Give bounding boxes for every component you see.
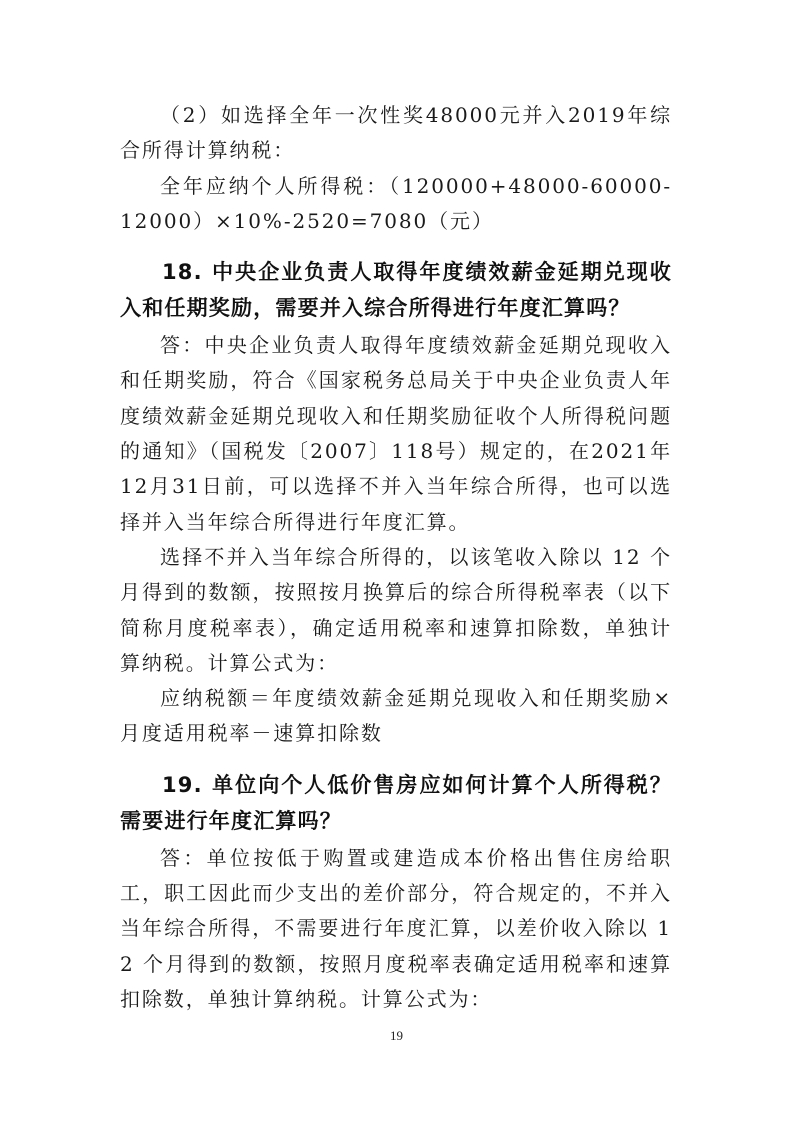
paragraph-option-2: （2）如选择全年一次性奖48000元并入2019年综合所得计算纳税： [120,98,672,169]
paragraph-tax-calculation: 全年应纳个人所得税：（120000+48000-60000-12000）×10%… [120,169,672,240]
heading-question-19: 19. 单位向个人低价售房应如何计算个人所得税？需要进行年度汇算吗？ [120,767,672,839]
paragraph-formula-18: 应纳税额＝年度绩效薪金延期兑现收入和任期奖励×月度适用税率－速算扣除数 [120,681,672,752]
paragraph-answer-18: 答：中央企业负责人取得年度绩效薪金延期兑现收入和任期奖励，符合《国家税务总局关于… [120,328,672,540]
paragraph-answer-19: 答：单位按低于购置或建造成本价格出售住房给职工，职工因此而少支出的差价部分，符合… [120,841,672,1017]
heading-question-18: 18. 中央企业负责人取得年度绩效薪金延期兑现收入和任期奖励，需要并入综合所得进… [120,254,672,326]
page-number: 19 [0,1028,793,1044]
document-page: （2）如选择全年一次性奖48000元并入2019年综合所得计算纳税： 全年应纳个… [120,98,672,1017]
paragraph-not-merged-option: 选择不并入当年综合所得的，以该笔收入除以 12 个月得到的数额，按照按月换算后的… [120,540,672,681]
